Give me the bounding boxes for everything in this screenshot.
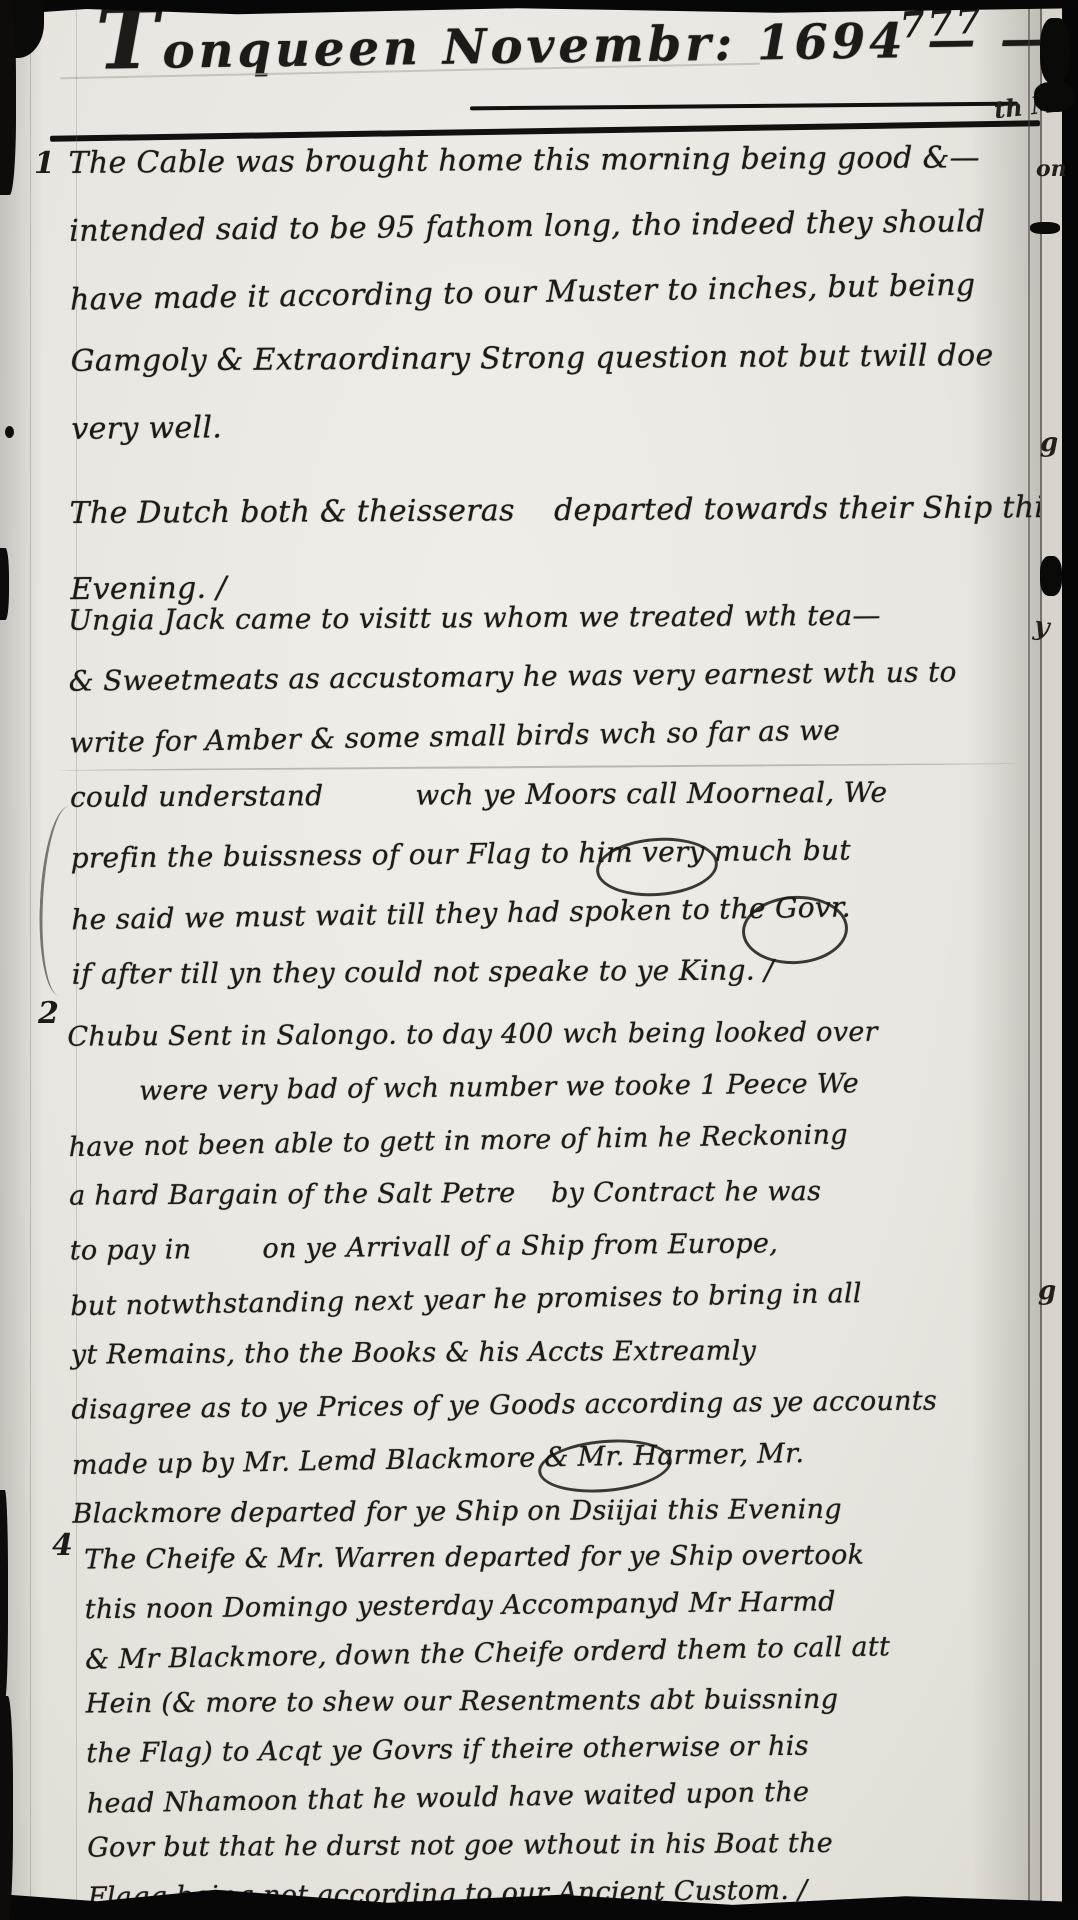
manuscript-line: Chubu Sent in Salongo. to day 400 wch be… (67, 1005, 933, 1063)
ink-blot (1040, 18, 1070, 84)
left-margin-rule (30, 0, 31, 1920)
binding-mark (5, 426, 14, 438)
manuscript-line: a hard Bargain of the Salt Petre by Cont… (69, 1164, 935, 1222)
manuscript-line: The Dutch both & theisseras departed tow… (69, 471, 1060, 551)
manuscript-line: Hein (& more to shew our Resentments abt… (86, 1676, 891, 1729)
manuscript-page-scan: Tonqueen Novembr: 1694 — — 777 1 2 4 The… (0, 0, 1078, 1920)
binding-mark (0, 548, 9, 620)
ink-blot (1034, 82, 1074, 112)
manuscript-line: have made it according to our Muster to … (70, 252, 994, 333)
manuscript-line: could understand wch ye Moors call Moorn… (70, 762, 958, 826)
manuscript-line: Gamgoly & Extraordinary Strong question … (70, 323, 993, 395)
ink-blot (1040, 556, 1062, 596)
ink-blot (1030, 222, 1060, 234)
manuscript-line: Govr but that he durst not goe wthout in… (87, 1820, 892, 1873)
edge-text-fragment: g (1040, 428, 1058, 458)
edge-text-fragment: on (1036, 156, 1067, 182)
right-margin-rule (1028, 0, 1030, 1920)
entry-number: 4 (52, 1528, 73, 1563)
manuscript-line: The Cable was brought home this morning … (68, 125, 991, 197)
manuscript-line: The Cheife & Mr. Warren departed for ye … (84, 1532, 889, 1585)
manuscript-line: Ungia Jack came to visitt us whom we tre… (68, 585, 956, 649)
facing-page-edge (1040, 0, 1064, 1920)
binding-mark (0, 0, 16, 195)
header-rule-upper (470, 102, 1018, 111)
binding-mark (0, 1696, 13, 1920)
binding-mark (0, 1490, 8, 1700)
edge-text-fragment: g (1038, 1276, 1056, 1306)
margin-bracket-arc (35, 805, 94, 997)
manuscript-line: write for Amber & some small birds wch s… (69, 699, 958, 773)
scan-black-band-right (1062, 0, 1078, 1920)
manuscript-line: intended said to be 95 fathom long, tho … (69, 189, 992, 265)
manuscript-paragraph: The Cable was brought home this morning … (68, 123, 994, 463)
entry-number: 2 (38, 996, 59, 1031)
manuscript-paragraph: Chubu Sent in Salongo. to day 400 wch be… (67, 1003, 938, 1542)
manuscript-line: very well. (71, 387, 994, 463)
manuscript-line: yt Remains, tho the Books & his Accts Ex… (71, 1323, 937, 1381)
manuscript-paragraph: The Cheife & Mr. Warren departed for ye … (84, 1530, 893, 1920)
entry-number: 1 (34, 146, 55, 181)
